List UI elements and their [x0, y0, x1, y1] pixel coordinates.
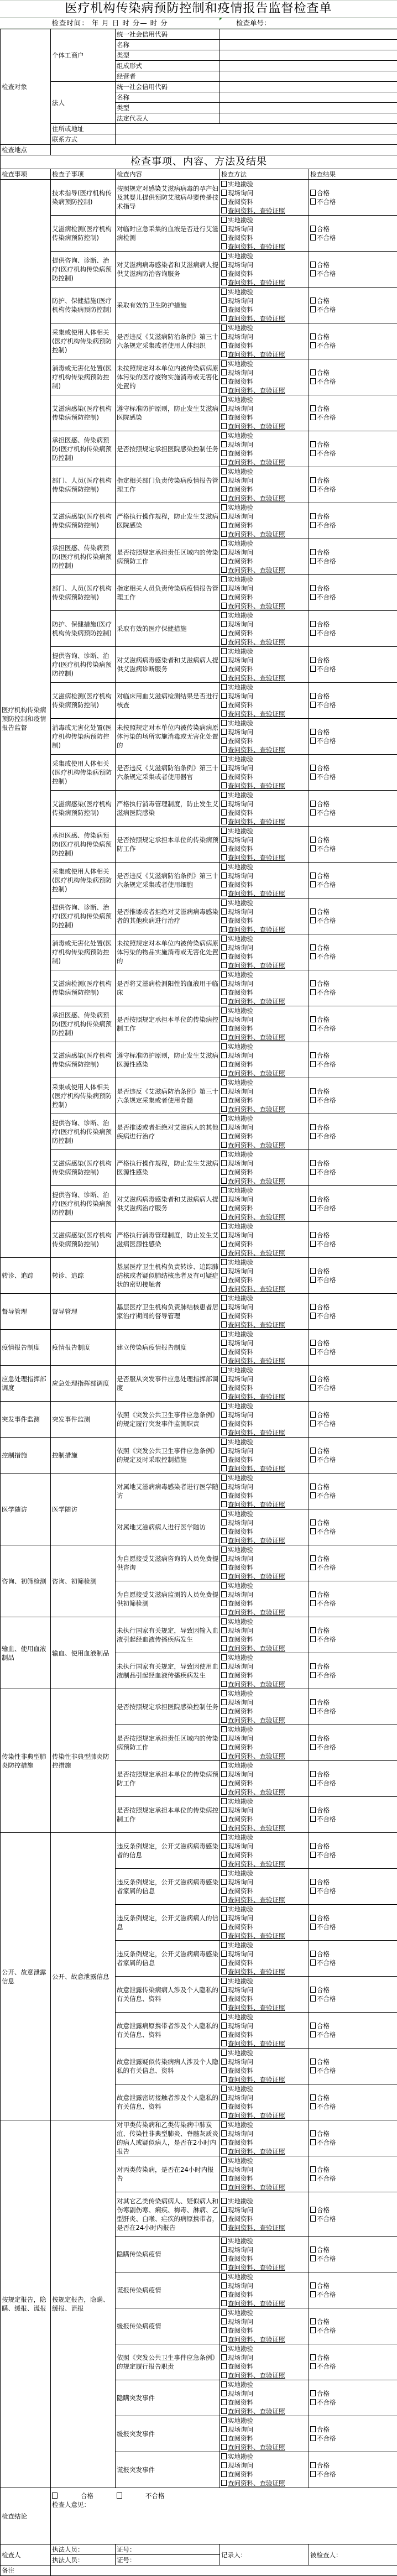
method-checkbox[interactable]: 现场询问 [221, 332, 307, 341]
checkbox-icon[interactable] [310, 1340, 316, 1346]
checkbox-icon[interactable] [221, 1511, 227, 1517]
method-checkbox[interactable]: 实地勘验 [221, 2272, 307, 2281]
result-checkbox[interactable]: 不合格 [310, 1779, 396, 1788]
field-value-input[interactable] [220, 92, 397, 103]
method-checkbox[interactable]: 实地勘验 [221, 1797, 307, 1806]
method-checkbox[interactable]: 实地勘验 [221, 467, 307, 476]
method-checkbox[interactable]: 现场询问 [221, 1626, 307, 1635]
method-checkbox[interactable]: 查阅资料 [221, 736, 307, 745]
checkbox-icon[interactable] [310, 522, 316, 528]
method-checkbox[interactable]: 实地勘验 [221, 934, 307, 943]
checkbox-icon[interactable] [221, 1313, 227, 1319]
method-checkbox[interactable]: 查问资料、查验证照 [221, 386, 307, 395]
method-checkbox[interactable]: 实地勘验 [221, 1294, 307, 1303]
checkbox-icon[interactable] [310, 297, 316, 304]
result-checkbox[interactable]: 不合格 [310, 1599, 396, 1608]
checkbox-icon[interactable] [221, 2282, 227, 2288]
result-checkbox[interactable]: 合格 [310, 1231, 396, 1240]
checkbox-icon[interactable] [221, 1816, 227, 1822]
result-checkbox[interactable]: 不合格 [310, 269, 396, 278]
result-checkbox[interactable]: 合格 [310, 476, 396, 485]
checkbox-icon[interactable] [221, 2004, 227, 2010]
checkbox-icon[interactable] [221, 2198, 227, 2204]
result-checkbox[interactable]: 不合格 [310, 1922, 396, 1931]
checkbox-icon[interactable] [310, 917, 316, 923]
method-checkbox[interactable]: 实地勘验 [221, 863, 307, 871]
result-checkbox[interactable]: 不合格 [310, 2470, 396, 2479]
method-checkbox[interactable]: 实地勘验 [221, 2380, 307, 2389]
method-checkbox[interactable]: 查问资料、查验证照 [221, 350, 307, 359]
result-checkbox[interactable]: 合格 [310, 1914, 396, 1922]
method-checkbox[interactable]: 现场询问 [221, 1446, 307, 1455]
method-checkbox[interactable]: 现场询问 [221, 189, 307, 197]
result-checkbox[interactable]: 不合格 [310, 952, 396, 961]
method-checkbox[interactable]: 现场询问 [221, 835, 307, 844]
method-checkbox[interactable]: 查问资料、查验证照 [221, 709, 307, 718]
checkbox-icon[interactable] [221, 1214, 227, 1220]
checkbox-icon[interactable] [221, 1573, 227, 1579]
method-checkbox[interactable]: 实地勘验 [221, 1474, 307, 1482]
method-checkbox[interactable]: 实地勘验 [221, 2197, 307, 2206]
checkbox-icon[interactable] [221, 1753, 227, 1759]
checkbox-icon[interactable] [310, 1124, 316, 1130]
method-checkbox[interactable]: 实地勘验 [221, 180, 307, 189]
result-checkbox[interactable]: 合格 [310, 1015, 396, 1024]
method-checkbox[interactable]: 实地勘验 [221, 1402, 307, 1410]
checkbox-icon[interactable] [221, 765, 227, 771]
checkbox-icon[interactable] [310, 486, 316, 492]
method-checkbox[interactable]: 实地勘验 [221, 2013, 307, 2021]
method-checkbox[interactable]: 查阅资料 [221, 2470, 307, 2479]
checkbox-icon[interactable] [310, 1888, 316, 1894]
method-checkbox[interactable]: 实地勘验 [221, 1941, 307, 1950]
location-input[interactable] [51, 145, 397, 155]
checkbox-icon[interactable] [310, 1448, 316, 1454]
result-checkbox[interactable]: 合格 [310, 1662, 396, 1671]
checkbox-icon[interactable] [221, 2122, 227, 2128]
result-checkbox[interactable]: 不合格 [310, 449, 396, 458]
checkbox-icon[interactable] [310, 1600, 316, 1606]
checkbox-icon[interactable] [310, 2390, 316, 2396]
checkbox-icon[interactable] [310, 2103, 316, 2109]
checkbox-icon[interactable] [310, 2031, 316, 2037]
method-checkbox[interactable]: 实地勘验 [221, 1833, 307, 1842]
method-checkbox[interactable]: 查阅资料 [221, 1276, 307, 1284]
result-checkbox[interactable]: 不合格 [310, 988, 396, 997]
checkbox-icon[interactable] [221, 2224, 227, 2230]
checkbox-icon[interactable] [310, 1456, 316, 1462]
checkbox-icon[interactable] [310, 1313, 316, 1319]
checkbox-icon[interactable] [221, 558, 227, 564]
checkbox-icon[interactable] [310, 234, 316, 241]
method-checkbox[interactable]: 现场询问 [221, 1842, 307, 1851]
method-checkbox[interactable]: 实地勘验 [221, 1545, 307, 1554]
method-checkbox[interactable]: 实地勘验 [221, 1689, 307, 1698]
checkbox-icon[interactable] [310, 477, 316, 483]
result-checkbox[interactable]: 合格 [310, 1985, 396, 1994]
method-checkbox[interactable]: 查问资料、查验证照 [221, 1788, 307, 1796]
method-checkbox[interactable]: 现场询问 [221, 296, 307, 305]
checkbox-icon[interactable] [221, 1519, 227, 1525]
method-checkbox[interactable]: 现场询问 [221, 584, 307, 593]
checkbox-icon[interactable] [221, 396, 227, 403]
method-checkbox[interactable]: 查问资料、查验证照 [221, 566, 307, 574]
method-checkbox[interactable]: 查阅资料 [221, 521, 307, 530]
result-checkbox[interactable]: 合格 [310, 584, 396, 593]
method-checkbox[interactable]: 实地勘验 [221, 1725, 307, 1734]
checkbox-icon[interactable] [310, 1744, 316, 1750]
result-checkbox[interactable]: 不合格 [310, 233, 396, 242]
checkbox-icon[interactable] [221, 567, 227, 573]
method-checkbox[interactable]: 查阅资料 [221, 1204, 307, 1213]
checkbox-icon[interactable] [221, 720, 227, 726]
result-checkbox[interactable]: 不合格 [310, 1347, 396, 1356]
checkbox-icon[interactable] [310, 837, 316, 843]
checkbox-icon[interactable] [221, 2318, 227, 2324]
checkbox-icon[interactable] [221, 1699, 227, 1705]
method-checkbox[interactable]: 查阅资料 [221, 1743, 307, 1752]
method-checkbox[interactable]: 现场询问 [221, 1554, 307, 1563]
result-checkbox[interactable]: 合格 [310, 368, 396, 377]
method-checkbox[interactable]: 查问资料、查验证照 [221, 2147, 307, 2156]
checkbox-icon[interactable] [221, 1870, 227, 1876]
checkbox-icon[interactable] [310, 1492, 316, 1498]
checkbox-icon[interactable] [310, 594, 316, 600]
result-checkbox[interactable]: 合格 [310, 548, 396, 557]
checkbox-icon[interactable] [310, 1627, 316, 1633]
method-checkbox[interactable]: 实地勘验 [221, 2084, 307, 2093]
method-checkbox[interactable]: 查阅资料 [221, 305, 307, 314]
checkbox-icon[interactable] [221, 333, 227, 339]
checkbox-icon[interactable] [310, 1384, 316, 1391]
checkbox-icon[interactable] [221, 1906, 227, 1912]
method-checkbox[interactable]: 查阅资料 [221, 1419, 307, 1428]
method-checkbox[interactable]: 实地勘验 [221, 216, 307, 224]
method-checkbox[interactable]: 实地勘验 [221, 719, 307, 728]
checkbox-icon[interactable] [221, 738, 227, 744]
method-checkbox[interactable]: 查问资料、查验证照 [221, 1284, 307, 1293]
method-checkbox[interactable]: 查阅资料 [221, 2102, 307, 2111]
method-checkbox[interactable]: 现场询问 [221, 1806, 307, 1815]
checkbox-icon[interactable] [221, 1546, 227, 1553]
method-checkbox[interactable]: 实地勘验 [221, 1150, 307, 1159]
method-checkbox[interactable]: 查阅资料 [221, 1311, 307, 1320]
checkbox-icon[interactable] [221, 1780, 227, 1786]
checkbox-icon[interactable] [221, 2264, 227, 2270]
method-checkbox[interactable]: 实地勘验 [221, 1366, 307, 1375]
method-checkbox[interactable]: 查阅资料 [221, 1240, 307, 1248]
method-checkbox[interactable]: 实地勘验 [221, 2452, 307, 2461]
checkbox-icon[interactable] [310, 2067, 316, 2073]
checkbox-icon[interactable] [310, 1960, 316, 1966]
checkbox-icon[interactable] [310, 1519, 316, 1525]
method-checkbox[interactable]: 实地勘验 [221, 898, 307, 907]
checkbox-icon[interactable] [221, 854, 227, 860]
method-checkbox[interactable]: 查阅资料 [221, 1635, 307, 1644]
checkbox-icon[interactable] [310, 2354, 316, 2360]
checkbox-icon[interactable] [221, 2076, 227, 2082]
checkbox-icon[interactable] [221, 837, 227, 843]
checkbox-icon[interactable] [221, 1061, 227, 1067]
result-checkbox[interactable]: 不合格 [310, 1096, 396, 1105]
checkbox-icon[interactable] [310, 621, 316, 627]
result-checkbox[interactable]: 合格 [310, 2353, 396, 2362]
method-checkbox[interactable]: 查阅资料 [221, 1815, 307, 1823]
result-checkbox[interactable]: 合格 [310, 1518, 396, 1527]
checkbox-icon[interactable] [221, 1384, 227, 1391]
method-checkbox[interactable]: 现场询问 [221, 1985, 307, 1994]
method-checkbox[interactable]: 现场询问 [221, 1950, 307, 1958]
method-checkbox[interactable]: 实地勘验 [221, 1581, 307, 1590]
method-checkbox[interactable]: 查问资料、查验证照 [221, 925, 307, 934]
checkbox-icon[interactable] [221, 1735, 227, 1741]
checkbox-icon[interactable] [310, 2255, 316, 2261]
checkbox-icon[interactable] [221, 1043, 227, 1049]
checkbox-icon[interactable] [221, 1205, 227, 1211]
checkbox-icon[interactable] [310, 2399, 316, 2405]
checkbox-icon[interactable] [221, 262, 227, 268]
checkbox-icon[interactable] [221, 360, 227, 367]
method-checkbox[interactable]: 现场询问 [221, 1267, 307, 1276]
method-checkbox[interactable]: 实地勘验 [221, 1977, 307, 1985]
checkbox-icon[interactable] [221, 1995, 227, 2002]
method-checkbox[interactable]: 查阅资料 [221, 1707, 307, 1716]
result-checkbox[interactable]: 不合格 [310, 1240, 396, 1248]
checkbox-icon[interactable] [221, 2216, 227, 2222]
result-checkbox[interactable]: 合格 [310, 2057, 396, 2066]
checkbox-icon[interactable] [310, 226, 316, 232]
method-checkbox[interactable]: 现场询问 [221, 1878, 307, 1887]
checkbox-icon[interactable] [310, 2166, 316, 2172]
checkbox-icon[interactable] [221, 1403, 227, 1409]
checkbox-icon[interactable] [221, 279, 227, 285]
result-checkbox[interactable]: 不合格 [310, 197, 396, 206]
checkbox-icon[interactable] [221, 756, 227, 762]
checkbox-icon[interactable] [310, 2327, 316, 2333]
checkbox-icon[interactable] [221, 1591, 227, 1597]
method-checkbox[interactable]: 查阅资料 [221, 1527, 307, 1536]
checkbox-icon[interactable] [221, 1393, 227, 1399]
method-checkbox[interactable]: 现场询问 [221, 1051, 307, 1060]
result-checkbox[interactable]: 不合格 [310, 1994, 396, 2003]
checkbox-icon[interactable] [221, 1376, 227, 1382]
result-checkbox[interactable]: 合格 [310, 979, 396, 988]
method-checkbox[interactable]: 查阅资料 [221, 1994, 307, 2003]
checkbox-icon[interactable] [310, 198, 316, 205]
method-checkbox[interactable]: 查问资料、查验证照 [221, 494, 307, 503]
checkbox-icon[interactable] [221, 864, 227, 870]
result-checkbox[interactable]: 合格 [310, 1806, 396, 1815]
result-checkbox[interactable]: 不合格 [310, 2174, 396, 2183]
method-checkbox[interactable]: 查阅资料 [221, 1096, 307, 1105]
method-checkbox[interactable]: 现场询问 [221, 1303, 307, 1311]
result-checkbox[interactable]: 合格 [310, 2425, 396, 2434]
field-value-input[interactable] [220, 61, 397, 71]
checkbox-icon[interactable] [221, 1843, 227, 1849]
method-checkbox[interactable]: 查问资料、查验证照 [221, 1464, 307, 1473]
checkbox-icon[interactable] [221, 872, 227, 879]
checkbox-icon[interactable] [221, 378, 227, 384]
result-checkbox[interactable]: 不合格 [310, 1671, 396, 1680]
result-checkbox[interactable]: 合格 [310, 260, 396, 269]
result-checkbox[interactable]: 不合格 [310, 665, 396, 673]
method-checkbox[interactable]: 查问资料、查验证照 [221, 1716, 307, 1725]
result-checkbox[interactable]: 不合格 [310, 1383, 396, 1392]
result-checkbox[interactable]: 不合格 [310, 2326, 396, 2335]
field-value-input[interactable] [220, 50, 397, 61]
method-checkbox[interactable]: 查问资料、查验证照 [221, 602, 307, 610]
checkbox-icon[interactable] [221, 1456, 227, 1462]
method-checkbox[interactable]: 现场询问 [221, 404, 307, 413]
checkbox-icon[interactable] [221, 1681, 227, 1687]
method-checkbox[interactable]: 查问资料、查验证照 [221, 1069, 307, 1078]
checkbox-icon[interactable] [221, 1663, 227, 1669]
method-checkbox[interactable]: 查阅资料 [221, 2254, 307, 2263]
checkbox-icon[interactable] [221, 342, 227, 348]
checkbox-icon[interactable] [221, 2058, 227, 2065]
checkbox-icon[interactable] [310, 2471, 316, 2477]
checkbox-icon[interactable] [221, 576, 227, 582]
method-checkbox[interactable]: 实地勘验 [221, 1006, 307, 1015]
checkbox-icon[interactable] [310, 1699, 316, 1705]
checkbox-icon[interactable] [310, 1852, 316, 1858]
method-checkbox[interactable]: 查阅资料 [221, 1599, 307, 1608]
method-checkbox[interactable]: 现场询问 [221, 1375, 307, 1383]
checkbox-icon[interactable] [221, 1537, 227, 1543]
checkbox-icon[interactable] [310, 801, 316, 807]
checkbox-icon[interactable] [310, 1672, 316, 1678]
checkbox-icon[interactable] [221, 181, 227, 187]
method-checkbox[interactable]: 实地勘验 [221, 1042, 307, 1051]
checkbox-icon[interactable] [310, 558, 316, 564]
checkbox-icon[interactable] [221, 989, 227, 995]
method-checkbox[interactable]: 查问资料、查验证照 [221, 1895, 307, 1904]
checkbox-icon[interactable] [221, 2336, 227, 2342]
checkbox-icon[interactable] [221, 1636, 227, 1642]
method-checkbox[interactable]: 现场询问 [221, 1015, 307, 1024]
cert-no-field[interactable]: 证号： [116, 2555, 220, 2565]
result-checkbox[interactable]: 不合格 [310, 808, 396, 817]
checkbox-icon[interactable] [310, 1924, 316, 1930]
checkbox-icon[interactable] [221, 1106, 227, 1112]
checkbox-icon[interactable] [221, 908, 227, 915]
checkbox-icon[interactable] [221, 2363, 227, 2369]
method-checkbox[interactable]: 实地勘验 [221, 1509, 307, 1518]
checkbox-icon[interactable] [221, 2184, 227, 2190]
method-checkbox[interactable]: 实地勘验 [221, 323, 307, 332]
result-checkbox[interactable]: 不合格 [310, 1491, 396, 1500]
checkbox-icon[interactable] [221, 1295, 227, 1301]
conclusion-checkbox[interactable]: 合格 [52, 2492, 93, 2500]
checkbox-icon[interactable] [310, 1564, 316, 1570]
checkbox-icon[interactable] [310, 2207, 316, 2213]
result-checkbox[interactable]: 合格 [310, 440, 396, 449]
method-checkbox[interactable]: 查阅资料 [221, 1383, 307, 1392]
method-checkbox[interactable]: 查阅资料 [221, 377, 307, 386]
method-checkbox[interactable]: 现场询问 [221, 1590, 307, 1599]
checkbox-icon[interactable] [221, 2112, 227, 2118]
result-checkbox[interactable]: 不合格 [310, 880, 396, 889]
checkbox-icon[interactable] [221, 387, 227, 393]
result-checkbox[interactable]: 合格 [310, 835, 396, 844]
checkbox-icon[interactable] [221, 531, 227, 537]
checkbox-icon[interactable] [221, 1304, 227, 1310]
checkbox-icon[interactable] [221, 1968, 227, 1974]
checkbox-icon[interactable] [221, 2148, 227, 2154]
method-checkbox[interactable]: 查阅资料 [221, 1060, 307, 1069]
method-checkbox[interactable]: 实地勘验 [221, 1078, 307, 1087]
checkbox-icon[interactable] [221, 1357, 227, 1363]
method-checkbox[interactable]: 查问资料、查验证照 [221, 1320, 307, 1329]
checkbox-icon[interactable] [310, 2023, 316, 2029]
result-checkbox[interactable]: 不合格 [310, 1707, 396, 1716]
inspectee-field[interactable]: 被检查人： [309, 2544, 397, 2565]
method-checkbox[interactable]: 实地勘验 [221, 2416, 307, 2425]
checkbox-icon[interactable] [221, 1340, 227, 1346]
checkbox-icon[interactable] [310, 2139, 316, 2145]
checkbox-icon[interactable] [221, 1609, 227, 1615]
result-checkbox[interactable]: 合格 [310, 692, 396, 701]
method-checkbox[interactable]: 现场询问 [221, 260, 307, 269]
checkbox-icon[interactable] [310, 908, 316, 915]
result-checkbox[interactable]: 不合格 [310, 2254, 396, 2263]
method-checkbox[interactable]: 现场询问 [221, 2461, 307, 2470]
method-checkbox[interactable]: 现场询问 [221, 800, 307, 808]
method-checkbox[interactable]: 查问资料、查验证照 [221, 242, 307, 251]
method-checkbox[interactable]: 实地勘验 [221, 1905, 307, 1914]
method-checkbox[interactable]: 查阅资料 [221, 1779, 307, 1788]
checkbox-icon[interactable] [221, 226, 227, 232]
checkbox-icon[interactable] [310, 378, 316, 384]
checkbox-icon[interactable] [310, 1420, 316, 1427]
checkbox-icon[interactable] [221, 1088, 227, 1094]
method-checkbox[interactable]: 查阅资料 [221, 1455, 307, 1464]
method-checkbox[interactable]: 查问资料、查验证照 [221, 530, 307, 539]
checkbox-icon[interactable] [221, 2480, 227, 2486]
checkbox-icon[interactable] [221, 1151, 227, 1157]
result-checkbox[interactable]: 合格 [310, 2389, 396, 2398]
inspector-opinion-input[interactable] [52, 2509, 396, 2542]
method-checkbox[interactable]: 现场询问 [221, 979, 307, 988]
method-checkbox[interactable]: 查问资料、查验证照 [221, 2335, 307, 2344]
method-checkbox[interactable]: 现场询问 [221, 2425, 307, 2434]
method-checkbox[interactable]: 查阅资料 [221, 1024, 307, 1033]
checkbox-icon[interactable] [221, 2408, 227, 2414]
checkbox-icon[interactable] [221, 2291, 227, 2297]
result-checkbox[interactable]: 不合格 [310, 593, 396, 602]
checkbox-icon[interactable] [310, 1304, 316, 1310]
checkbox-icon[interactable] [221, 1951, 227, 1957]
checkbox-icon[interactable] [221, 234, 227, 241]
method-checkbox[interactable]: 查问资料、查验证照 [221, 1644, 307, 1653]
checkbox-icon[interactable] [310, 1232, 316, 1238]
method-checkbox[interactable]: 现场询问 [221, 476, 307, 485]
checkbox-icon[interactable] [221, 1232, 227, 1238]
checkbox-icon[interactable] [221, 1412, 227, 1418]
checkbox-icon[interactable] [221, 1475, 227, 1481]
method-checkbox[interactable]: 实地勘验 [221, 1114, 307, 1123]
checkbox-icon[interactable] [221, 540, 227, 546]
result-checkbox[interactable]: 不合格 [310, 736, 396, 745]
method-checkbox[interactable]: 查问资料、查验证照 [221, 2443, 307, 2452]
method-checkbox[interactable]: 查阅资料 [221, 952, 307, 961]
method-checkbox[interactable]: 查问资料、查验证照 [221, 1356, 307, 1365]
method-checkbox[interactable]: 查阅资料 [221, 701, 307, 709]
result-checkbox[interactable]: 不合格 [310, 521, 396, 530]
checkbox-icon[interactable] [221, 2207, 227, 2213]
method-checkbox[interactable]: 查阅资料 [221, 1168, 307, 1177]
result-checkbox[interactable]: 不合格 [310, 1204, 396, 1213]
